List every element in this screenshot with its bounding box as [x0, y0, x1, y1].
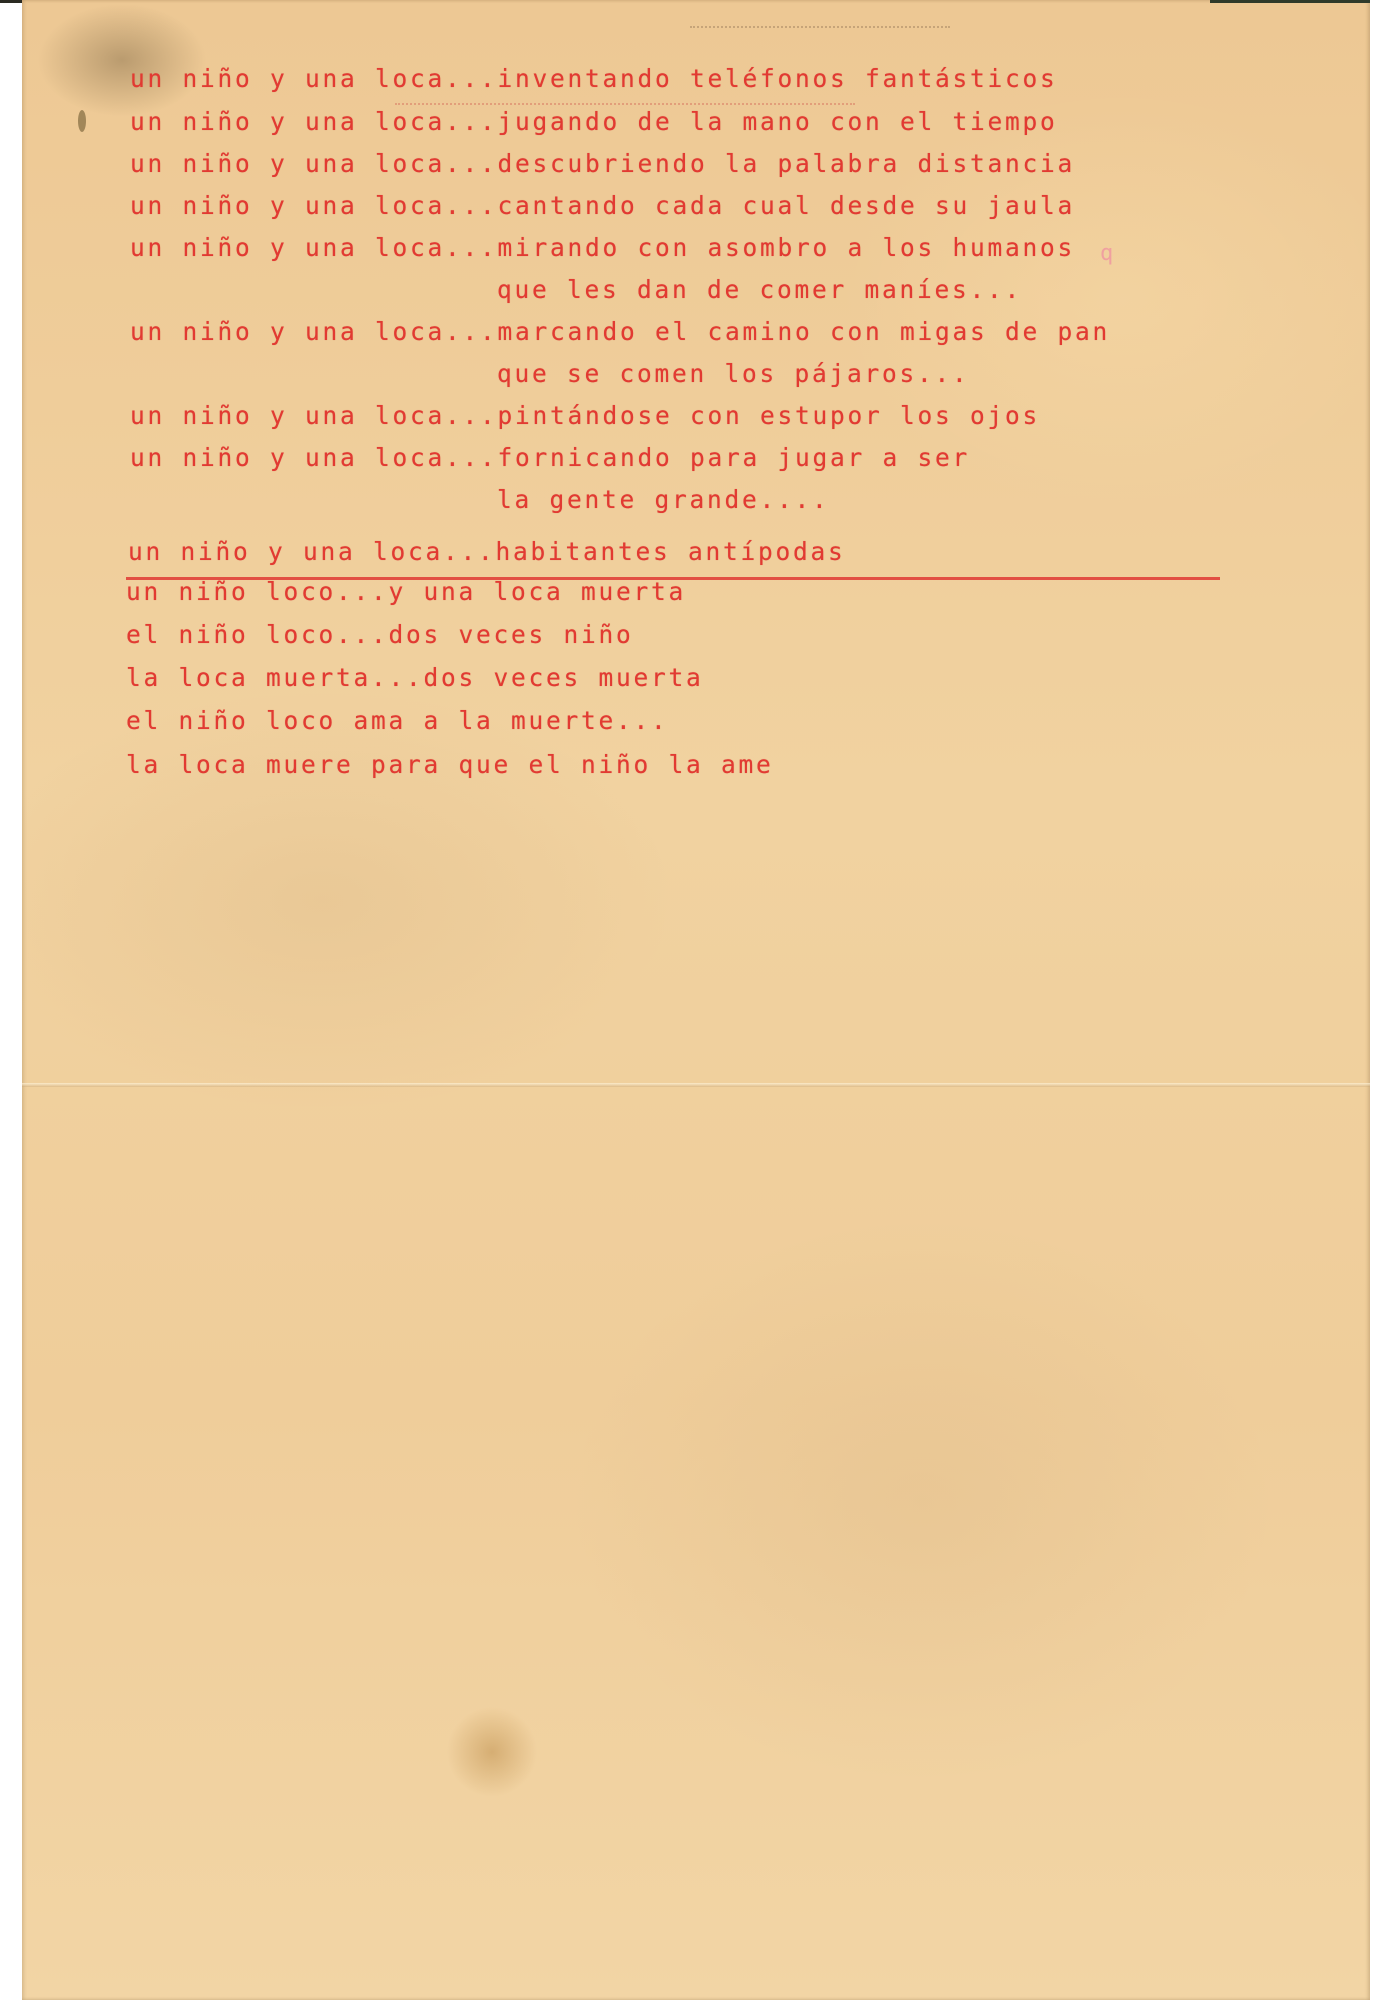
- poem-line-continuation: que se comen los pájaros...: [497, 352, 970, 395]
- poem-line: la loca muerta...dos veces muerta: [126, 656, 704, 699]
- poem-line: un niño y una loca...habitantes antípoda…: [128, 530, 846, 573]
- poem-line-continuation: la gente grande....: [497, 478, 830, 521]
- horizontal-rule: [126, 577, 1220, 580]
- poem-line: un niño y una loca...mirando con asombro…: [130, 226, 1075, 269]
- poem-line: el niño loco ama a la muerte...: [126, 699, 669, 742]
- poem-line: un niño y una loca...inventando teléfono…: [130, 57, 1058, 100]
- poem-line: el niño loco...dos veces niño: [126, 613, 634, 656]
- poem-line: un niño y una loca...cantando cada cual …: [130, 184, 1075, 227]
- stray-typed-letter: q: [1100, 241, 1113, 266]
- poem-line: la loca muere para que el niño la ame: [126, 743, 774, 786]
- poem-line: un niño y una loca...jugando de la mano …: [130, 100, 1058, 143]
- poem-line: un niño y una loca...pintándose con estu…: [130, 394, 1040, 437]
- poem-line: un niño y una loca...fornicando para jug…: [130, 436, 970, 479]
- poem-text: un niño y una loca...inventando teléfono…: [0, 0, 1395, 522]
- poem-line: un niño y una loca...descubriendo la pal…: [130, 142, 1075, 185]
- poem-line-continuation: que les dan de comer maníes...: [497, 268, 1022, 311]
- paper-fold-crease: [22, 1083, 1370, 1087]
- poem-line: un niño y una loca...marcando el camino …: [130, 310, 1110, 353]
